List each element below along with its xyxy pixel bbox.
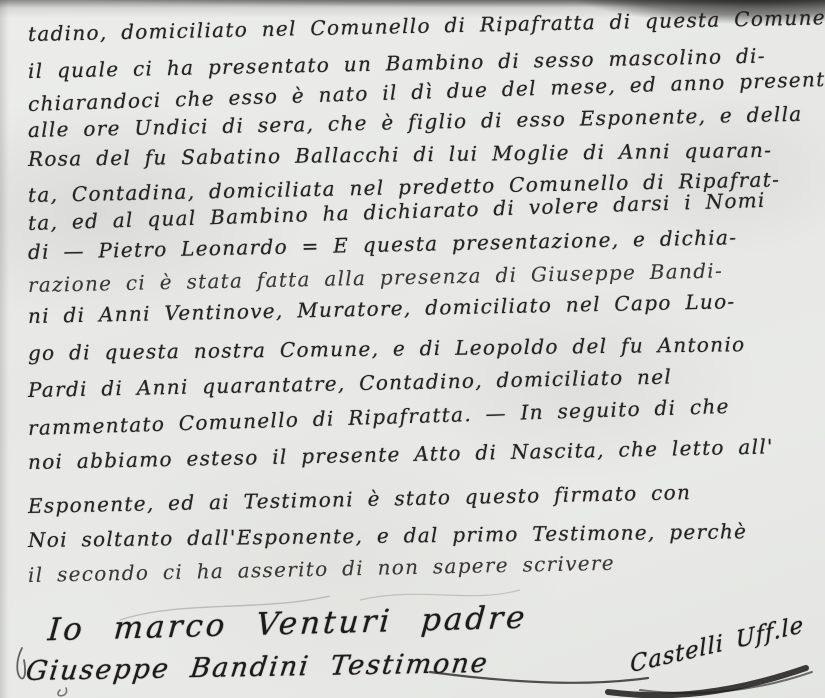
handwritten-line: Noi soltanto dall'Esponente, e dal primo… [28, 518, 825, 552]
signature-official: Castelli Uff.le [630, 612, 805, 678]
handwritten-line: go di questa nostra Comune, e di Leopold… [28, 331, 825, 365]
handwritten-line: Esponente, ed ai Testimoni è stato quest… [28, 477, 825, 518]
handwritten-line: tadino, domiciliato nel Comunello di Rip… [28, 5, 825, 46]
signature-witness: Giuseppe Bandini Testimone [24, 648, 491, 687]
handwritten-line: noi abbiamo esteso il presente Atto di N… [28, 433, 825, 474]
handwritten-line: Rosa del fu Sabatino Ballacchi di lui Mo… [28, 137, 825, 171]
signature-father: Io marco Venturi padre [47, 600, 529, 649]
document-page: tadino, domiciliato nel Comunello di Rip… [0, 0, 825, 698]
handwritten-line: il secondo ci ha asserito di non sapere … [28, 546, 825, 587]
scan-edge-shadow-left [0, 0, 10, 698]
